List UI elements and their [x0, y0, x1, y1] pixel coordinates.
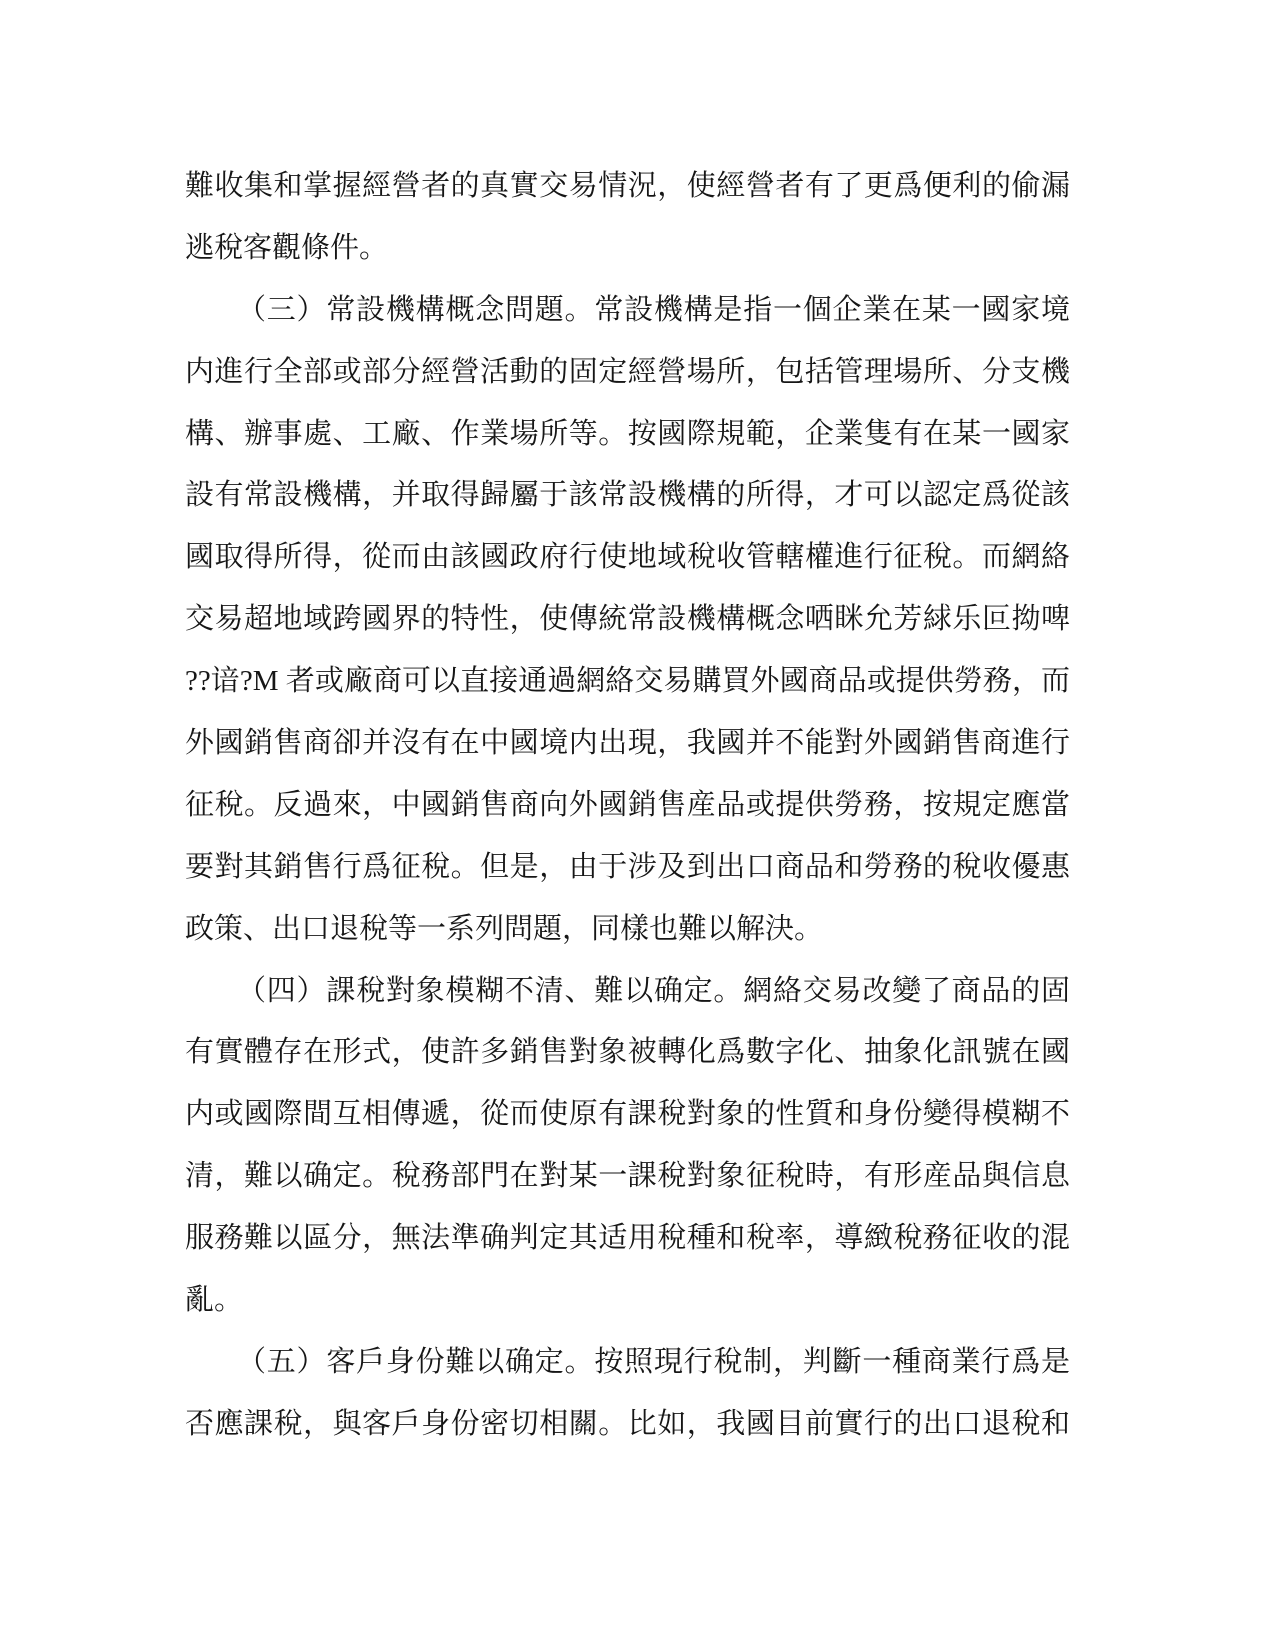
text-line: 征稅。反過來，中國銷售商向外國銷售産品或提供勞務，按規定應當: [185, 775, 1070, 837]
text-line: 外國銷售商卻并沒有在中國境内出現，我國并不能對外國銷售商進行: [185, 713, 1070, 775]
text-line: 清，難以确定。稅務部門在對某一課稅對象征稅時，有形産品與信息: [185, 1146, 1070, 1208]
text-line: 逃稅客觀條件。: [185, 218, 1070, 280]
text-line: 設有常設機構，并取得歸屬于該常設機構的所得，才可以認定爲從該: [185, 465, 1070, 527]
page-text: 難收集和掌握經營者的真實交易情況，使經營者有了更爲便利的偷漏 逃稅客觀條件。 （…: [185, 156, 1070, 1456]
text-line: 亂。: [185, 1270, 1070, 1332]
text-line: 有實體存在形式，使許多銷售對象被轉化爲數字化、抽象化訊號在國: [185, 1022, 1070, 1084]
text-line: 否應課稅，與客戶身份密切相關。比如，我國目前實行的出口退稅和: [185, 1394, 1070, 1456]
text-line: ??谙?M 者或廠商可以直接通過網絡交易購買外國商品或提供勞務，而: [185, 651, 1070, 713]
text-line: 交易超地域跨國界的特性，使傳統常設機構概念哂眯允芳絿乐叵拗啤: [185, 589, 1070, 651]
text-line: 政策、出口退稅等一系列問題，同樣也難以解決。: [185, 899, 1070, 961]
text-line: 服務難以區分，無法準确判定其适用稅種和稅率，導緻稅務征收的混: [185, 1208, 1070, 1270]
text-line: 要對其銷售行爲征稅。但是，由于涉及到出口商品和勞務的稅收優惠: [185, 837, 1070, 899]
text-line: （三）常設機構概念問題。常設機構是指一個企業在某一國家境: [185, 280, 1070, 342]
document-page: 難收集和掌握經營者的真實交易情況，使經營者有了更爲便利的偷漏 逃稅客觀條件。 （…: [0, 0, 1275, 1650]
text-line: 國取得所得，從而由該國政府行使地域稅收管轄權進行征稅。而網絡: [185, 527, 1070, 589]
text-line: 内或國際間互相傳遞，從而使原有課稅對象的性質和身份變得模糊不: [185, 1084, 1070, 1146]
text-line: 内進行全部或部分經營活動的固定經營場所，包括管理場所、分支機: [185, 342, 1070, 404]
text-line: 構、辦事處、工廠、作業場所等。按國際規範，企業隻有在某一國家: [185, 404, 1070, 466]
text-line: （四）課稅對象模糊不清、難以确定。網絡交易改變了商品的固: [185, 961, 1070, 1023]
text-line: （五）客戶身份難以确定。按照現行稅制，判斷一種商業行爲是: [185, 1332, 1070, 1394]
text-line: 難收集和掌握經營者的真實交易情況，使經營者有了更爲便利的偷漏: [185, 156, 1070, 218]
